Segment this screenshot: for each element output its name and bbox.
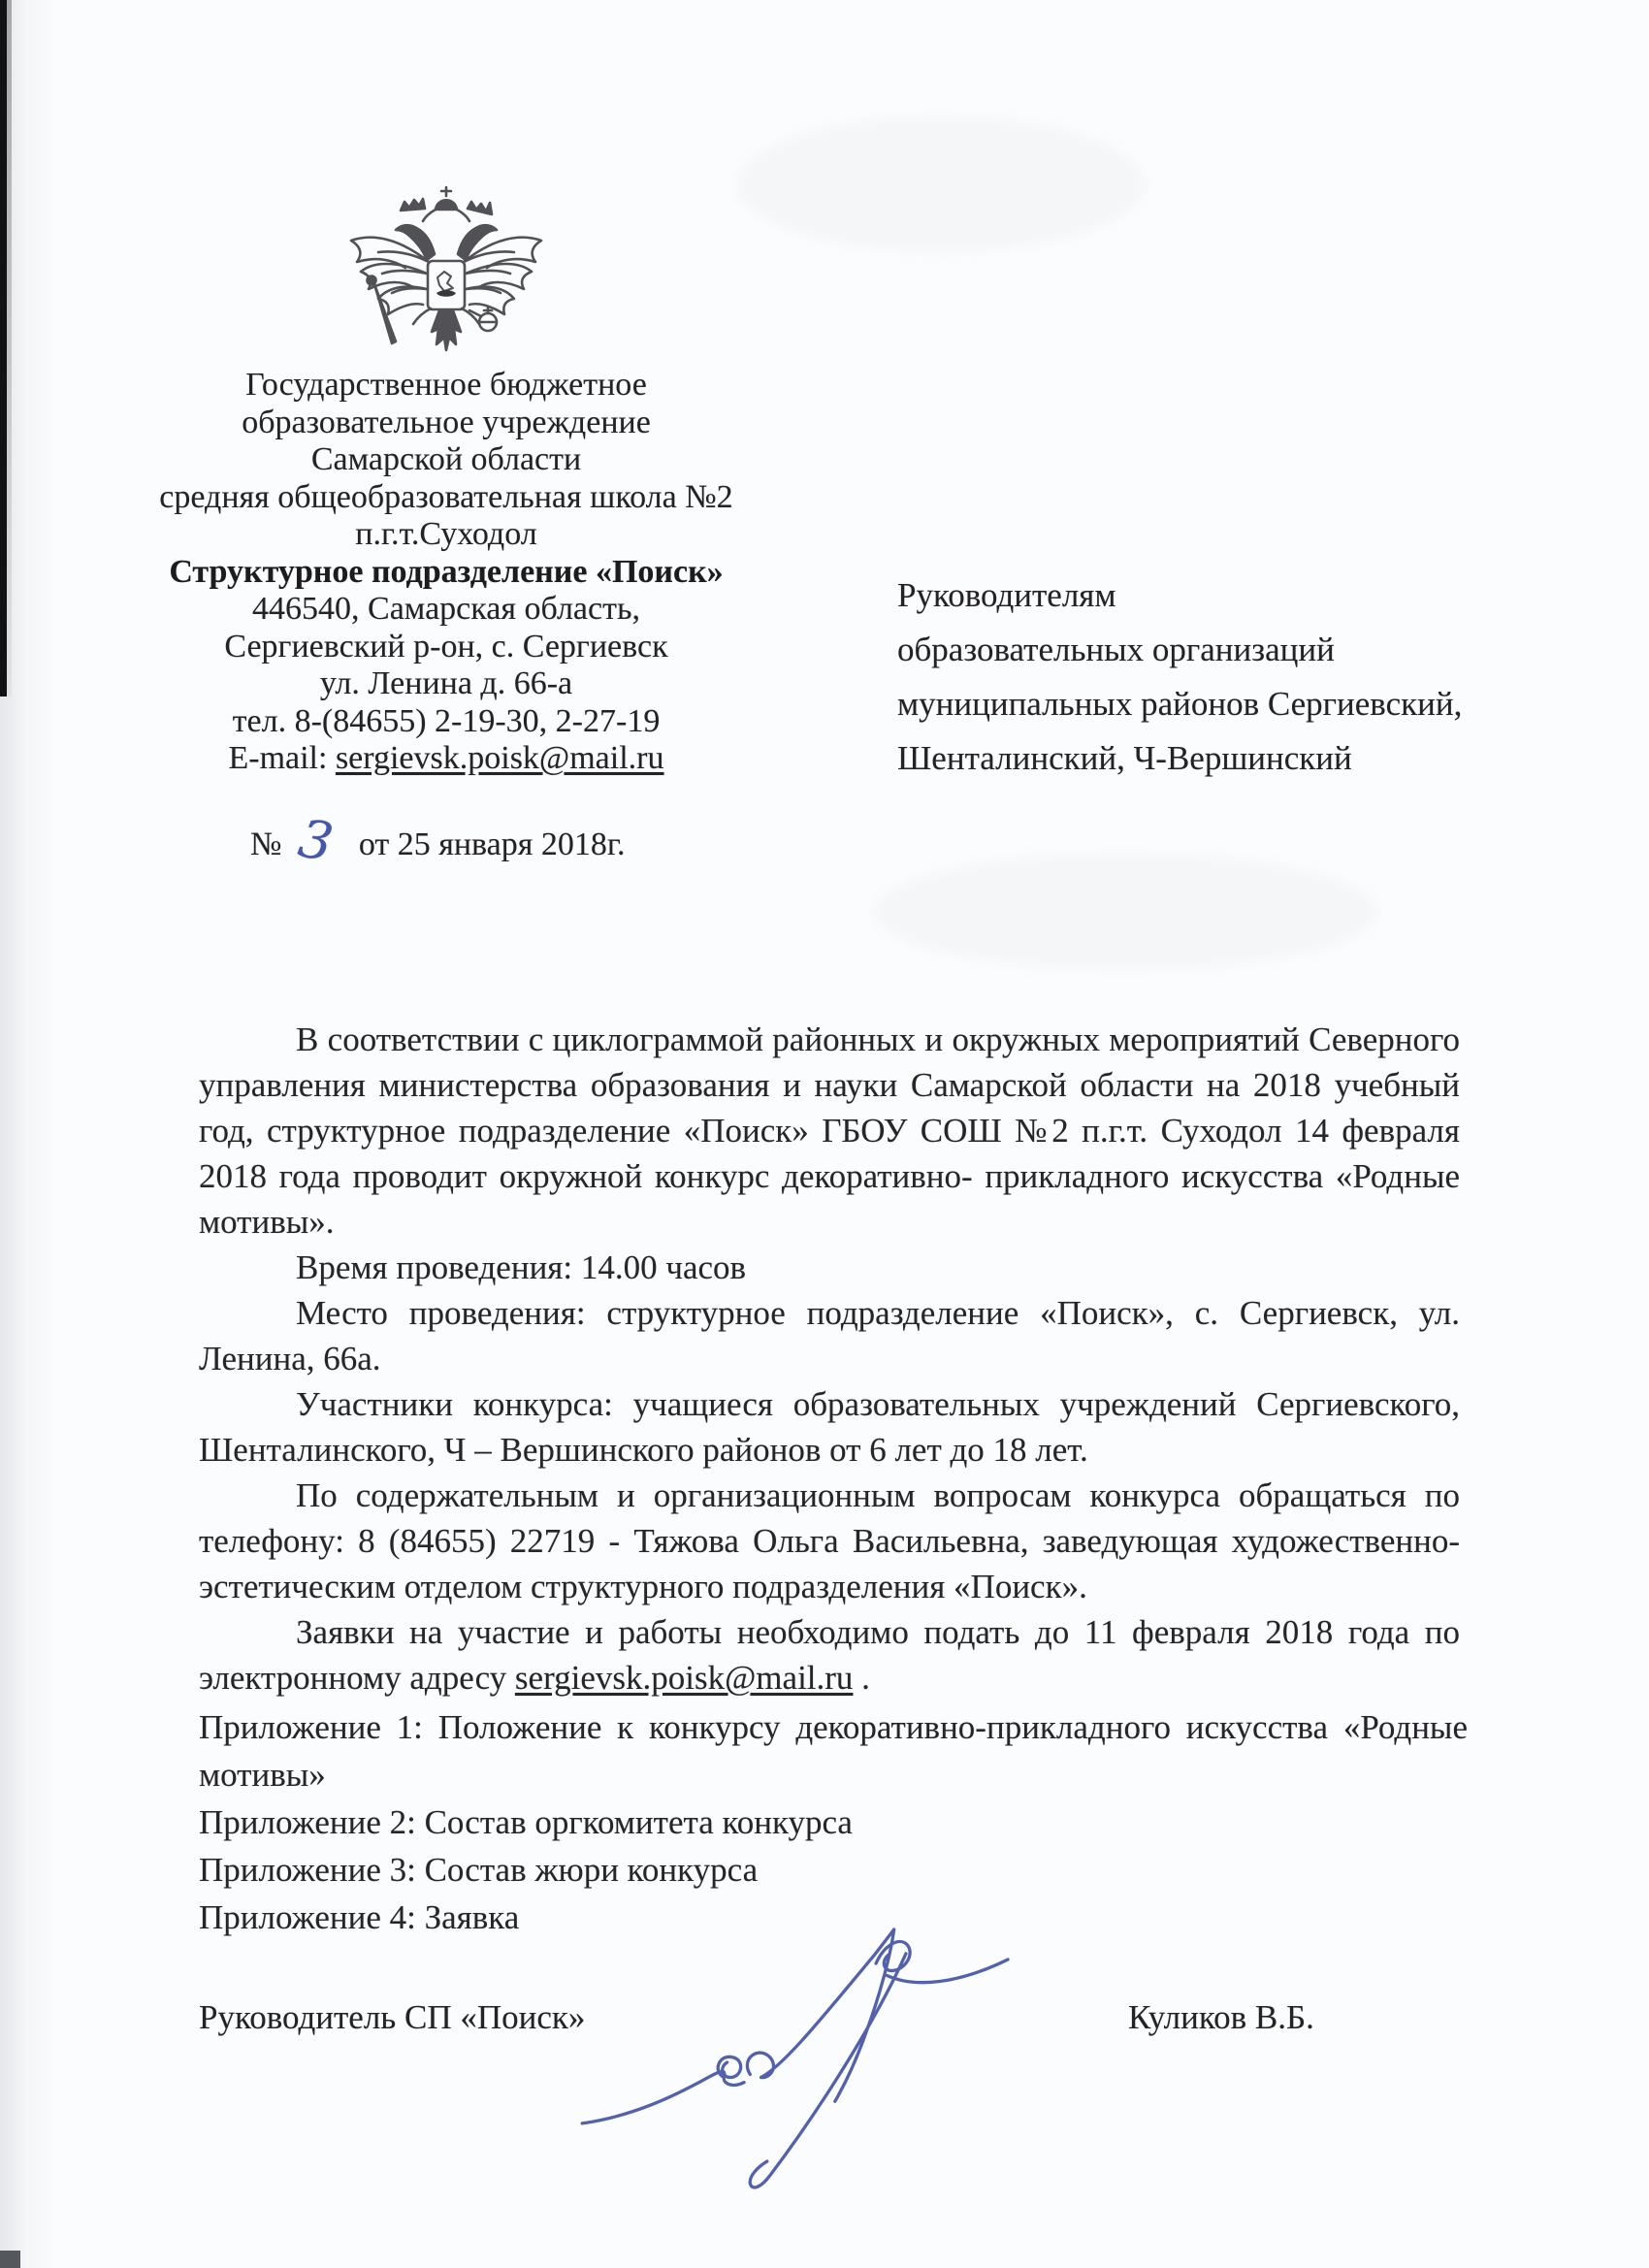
body-paragraph-submission: Заявки на участие и работы необходимо по…	[199, 1609, 1460, 1701]
body-paragraph: Участники конкурса: учащиеся образовател…	[199, 1381, 1460, 1473]
address-line: ул. Ленина д. 66-а	[85, 665, 807, 703]
email-line: E-mail: sergievsk.poisk@mail.ru	[85, 740, 807, 778]
scan-bleedthrough-smudge	[737, 116, 1145, 252]
recipient-line: муниципальных районов Сергиевский,	[897, 677, 1499, 731]
email-address: sergievsk.poisk@mail.ru	[336, 740, 664, 776]
org-name-line: образовательное учреждение	[85, 405, 807, 442]
reference-line: №3от 25 января 2018г.	[250, 811, 626, 863]
address-line: 446540, Самарская область,	[85, 591, 807, 629]
attachment-item: Приложение 1: Положение к конкурсу декор…	[199, 1703, 1468, 1798]
body-paragraph: По содержательным и организационным вопр…	[199, 1473, 1460, 1609]
scan-edge-artifact	[0, 0, 7, 697]
signer-name: Куликов В.Б.	[1128, 1998, 1314, 2037]
handwritten-number: 3	[295, 812, 337, 869]
handwritten-signature	[574, 1892, 1074, 2229]
address-line: Сергиевский р-он, с. Сергиевск	[85, 629, 807, 666]
scan-bleedthrough-smudge	[873, 854, 1377, 970]
org-name-line: средняя общеобразовательная школа №2	[85, 479, 807, 517]
scanned-letter-page: Государственное бюджетное образовательно…	[0, 0, 1649, 2268]
submission-email: sergievsk.poisk@mail.ru	[515, 1659, 854, 1697]
submission-text-end: .	[853, 1659, 870, 1697]
org-name-line: Государственное бюджетное	[85, 367, 807, 405]
email-label: E-mail:	[228, 740, 335, 776]
letterhead: Государственное бюджетное образовательно…	[85, 367, 807, 778]
recipient-line: Шенталинский, Ч-Вершинский	[897, 731, 1499, 786]
recipient-line: Руководителям	[897, 568, 1499, 623]
russian-coat-of-arms-icon	[339, 184, 553, 363]
scan-corner-artifact	[0, 2251, 20, 2268]
division-name: Структурное подразделение «Поиск»	[85, 554, 807, 592]
body-paragraph: Место проведения: структурное подразделе…	[199, 1290, 1460, 1381]
recipient-block: Руководителям образовательных организаци…	[897, 568, 1499, 786]
reference-date: от 25 января 2018г.	[359, 826, 626, 862]
recipient-line: образовательных организаций	[897, 623, 1499, 677]
letter-body: В соответствии с циклограммой районных и…	[199, 1017, 1460, 1701]
org-name-line: п.г.т.Суходол	[85, 516, 807, 554]
body-paragraph: В соответствии с циклограммой районных и…	[199, 1017, 1460, 1245]
attachment-item: Приложение 3: Состав жюри конкурса	[199, 1846, 1468, 1894]
attachment-item: Приложение 2: Состав оргкомитета конкурс…	[199, 1798, 1468, 1846]
number-sign: №	[250, 826, 282, 862]
phone-line: тел. 8-(84655) 2-19-30, 2-27-19	[85, 703, 807, 741]
org-name-line: Самарской области	[85, 441, 807, 479]
signer-title: Руководитель СП «Поиск»	[199, 1998, 585, 2037]
body-paragraph: Время проведения: 14.00 часов	[199, 1245, 1460, 1290]
